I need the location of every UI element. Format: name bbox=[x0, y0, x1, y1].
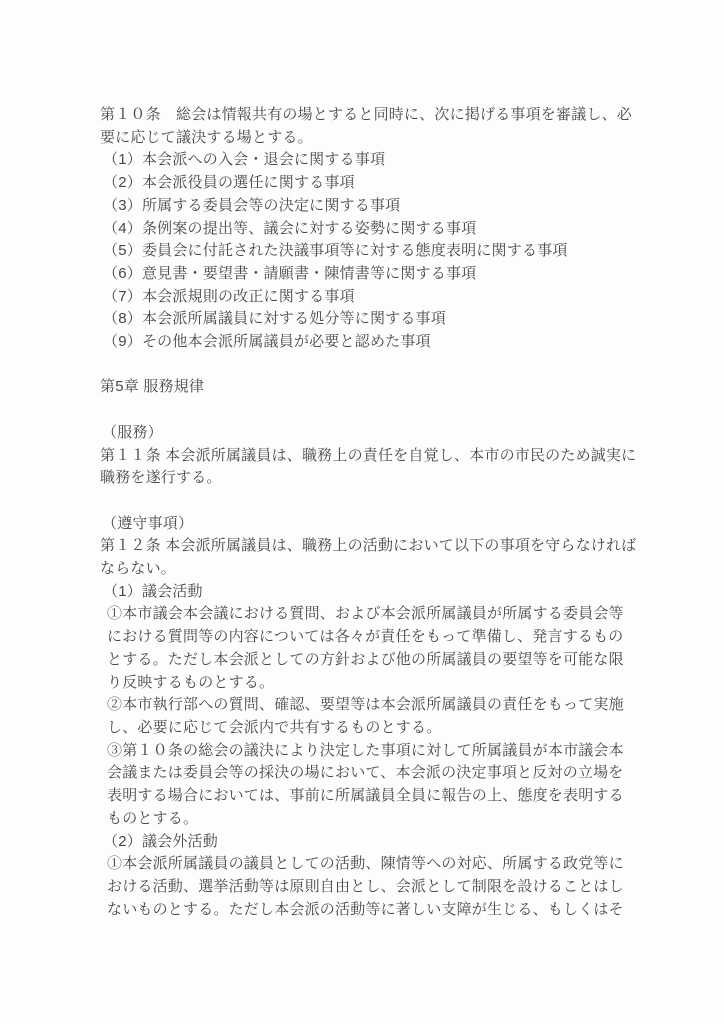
document-line: （遵守事項） bbox=[100, 513, 654, 536]
document-line: 会議または委員会等の採決の場において、本会派の決定事項と反対の立場を bbox=[100, 762, 654, 785]
document-line: ならない。 bbox=[100, 558, 654, 581]
document-line: 第１０条 総会は情報共有の場とすると同時に、次に掲げる事項を審議し、必 bbox=[100, 104, 654, 127]
blank-line bbox=[100, 399, 654, 422]
document-line: （9）その他本会派所属議員が必要と認めた事項 bbox=[100, 331, 654, 354]
document-line: ①本市議会本会議における質問、および本会派所属議員が所属する委員会等 bbox=[100, 603, 654, 626]
document-line: とする。ただし本会派としての方針および他の所属議員の要望等を可能な限 bbox=[100, 649, 654, 672]
document-line: 職務を遂行する。 bbox=[100, 467, 654, 490]
document-line: 要に応じて議決する場とする。 bbox=[100, 127, 654, 150]
document-line: ①本会派所属議員の議員としての活動、陳情等への対応、所属する政党等に bbox=[100, 853, 654, 876]
blank-line bbox=[100, 354, 654, 377]
document-line: （5）委員会に付託された決議事項等に対する態度表明に関する事項 bbox=[100, 240, 654, 263]
document-line: 表明する場合においては、事前に所属議員全員に報告の上、態度を表明する bbox=[100, 785, 654, 808]
document-line: （7）本会派規則の改正に関する事項 bbox=[100, 286, 654, 309]
document-line: 第１２条 本会派所属議員は、職務上の活動において以下の事項を守らなければ bbox=[100, 535, 654, 558]
document-line: ②本市執行部への質問、確認、要望等は本会派所属議員の責任をもって実施 bbox=[100, 694, 654, 717]
document-line: （8）本会派所属議員に対する処分等に関する事項 bbox=[100, 308, 654, 331]
document-line: 第5章 服務規律 bbox=[100, 376, 654, 399]
document-line: （1）議会活動 bbox=[100, 581, 654, 604]
document-line: （2）本会派役員の選任に関する事項 bbox=[100, 172, 654, 195]
document-line: （3）所属する委員会等の決定に関する事項 bbox=[100, 195, 654, 218]
document-line: ③第１０条の総会の議決により決定した事項に対して所属議員が本市議会本 bbox=[100, 740, 654, 763]
document-line: ものとする。 bbox=[100, 808, 654, 831]
document-line: （服務） bbox=[100, 422, 654, 445]
document-line: （1）本会派への入会・退会に関する事項 bbox=[100, 149, 654, 172]
document-body: 第１０条 総会は情報共有の場とすると同時に、次に掲げる事項を審議し、必要に応じて… bbox=[100, 104, 654, 921]
document-line: り反映するものとする。 bbox=[100, 672, 654, 695]
document-line: ないものとする。ただし本会派の活動等に著しい支障が生じる、もしくはそ bbox=[100, 899, 654, 922]
document-line: （4）条例案の提出等、議会に対する姿勢に関する事項 bbox=[100, 218, 654, 241]
document-line: おける活動、選挙活動等は原則自由とし、会派として制限を設けることはし bbox=[100, 876, 654, 899]
blank-line bbox=[100, 490, 654, 513]
scanned-page: 第１０条 総会は情報共有の場とすると同時に、次に掲げる事項を審議し、必要に応じて… bbox=[0, 0, 724, 1024]
document-line: （6）意見書・要望書・請願書・陳情書等に関する事項 bbox=[100, 263, 654, 286]
document-line: における質問等の内容については各々が責任をもって準備し、発言するもの bbox=[100, 626, 654, 649]
document-line: 第１１条 本会派所属議員は、職務上の責任を自覚し、本市の市民のため誠実に bbox=[100, 445, 654, 468]
document-line: し、必要に応じて会派内で共有するものとする。 bbox=[100, 717, 654, 740]
document-line: （2）議会外活動 bbox=[100, 831, 654, 854]
